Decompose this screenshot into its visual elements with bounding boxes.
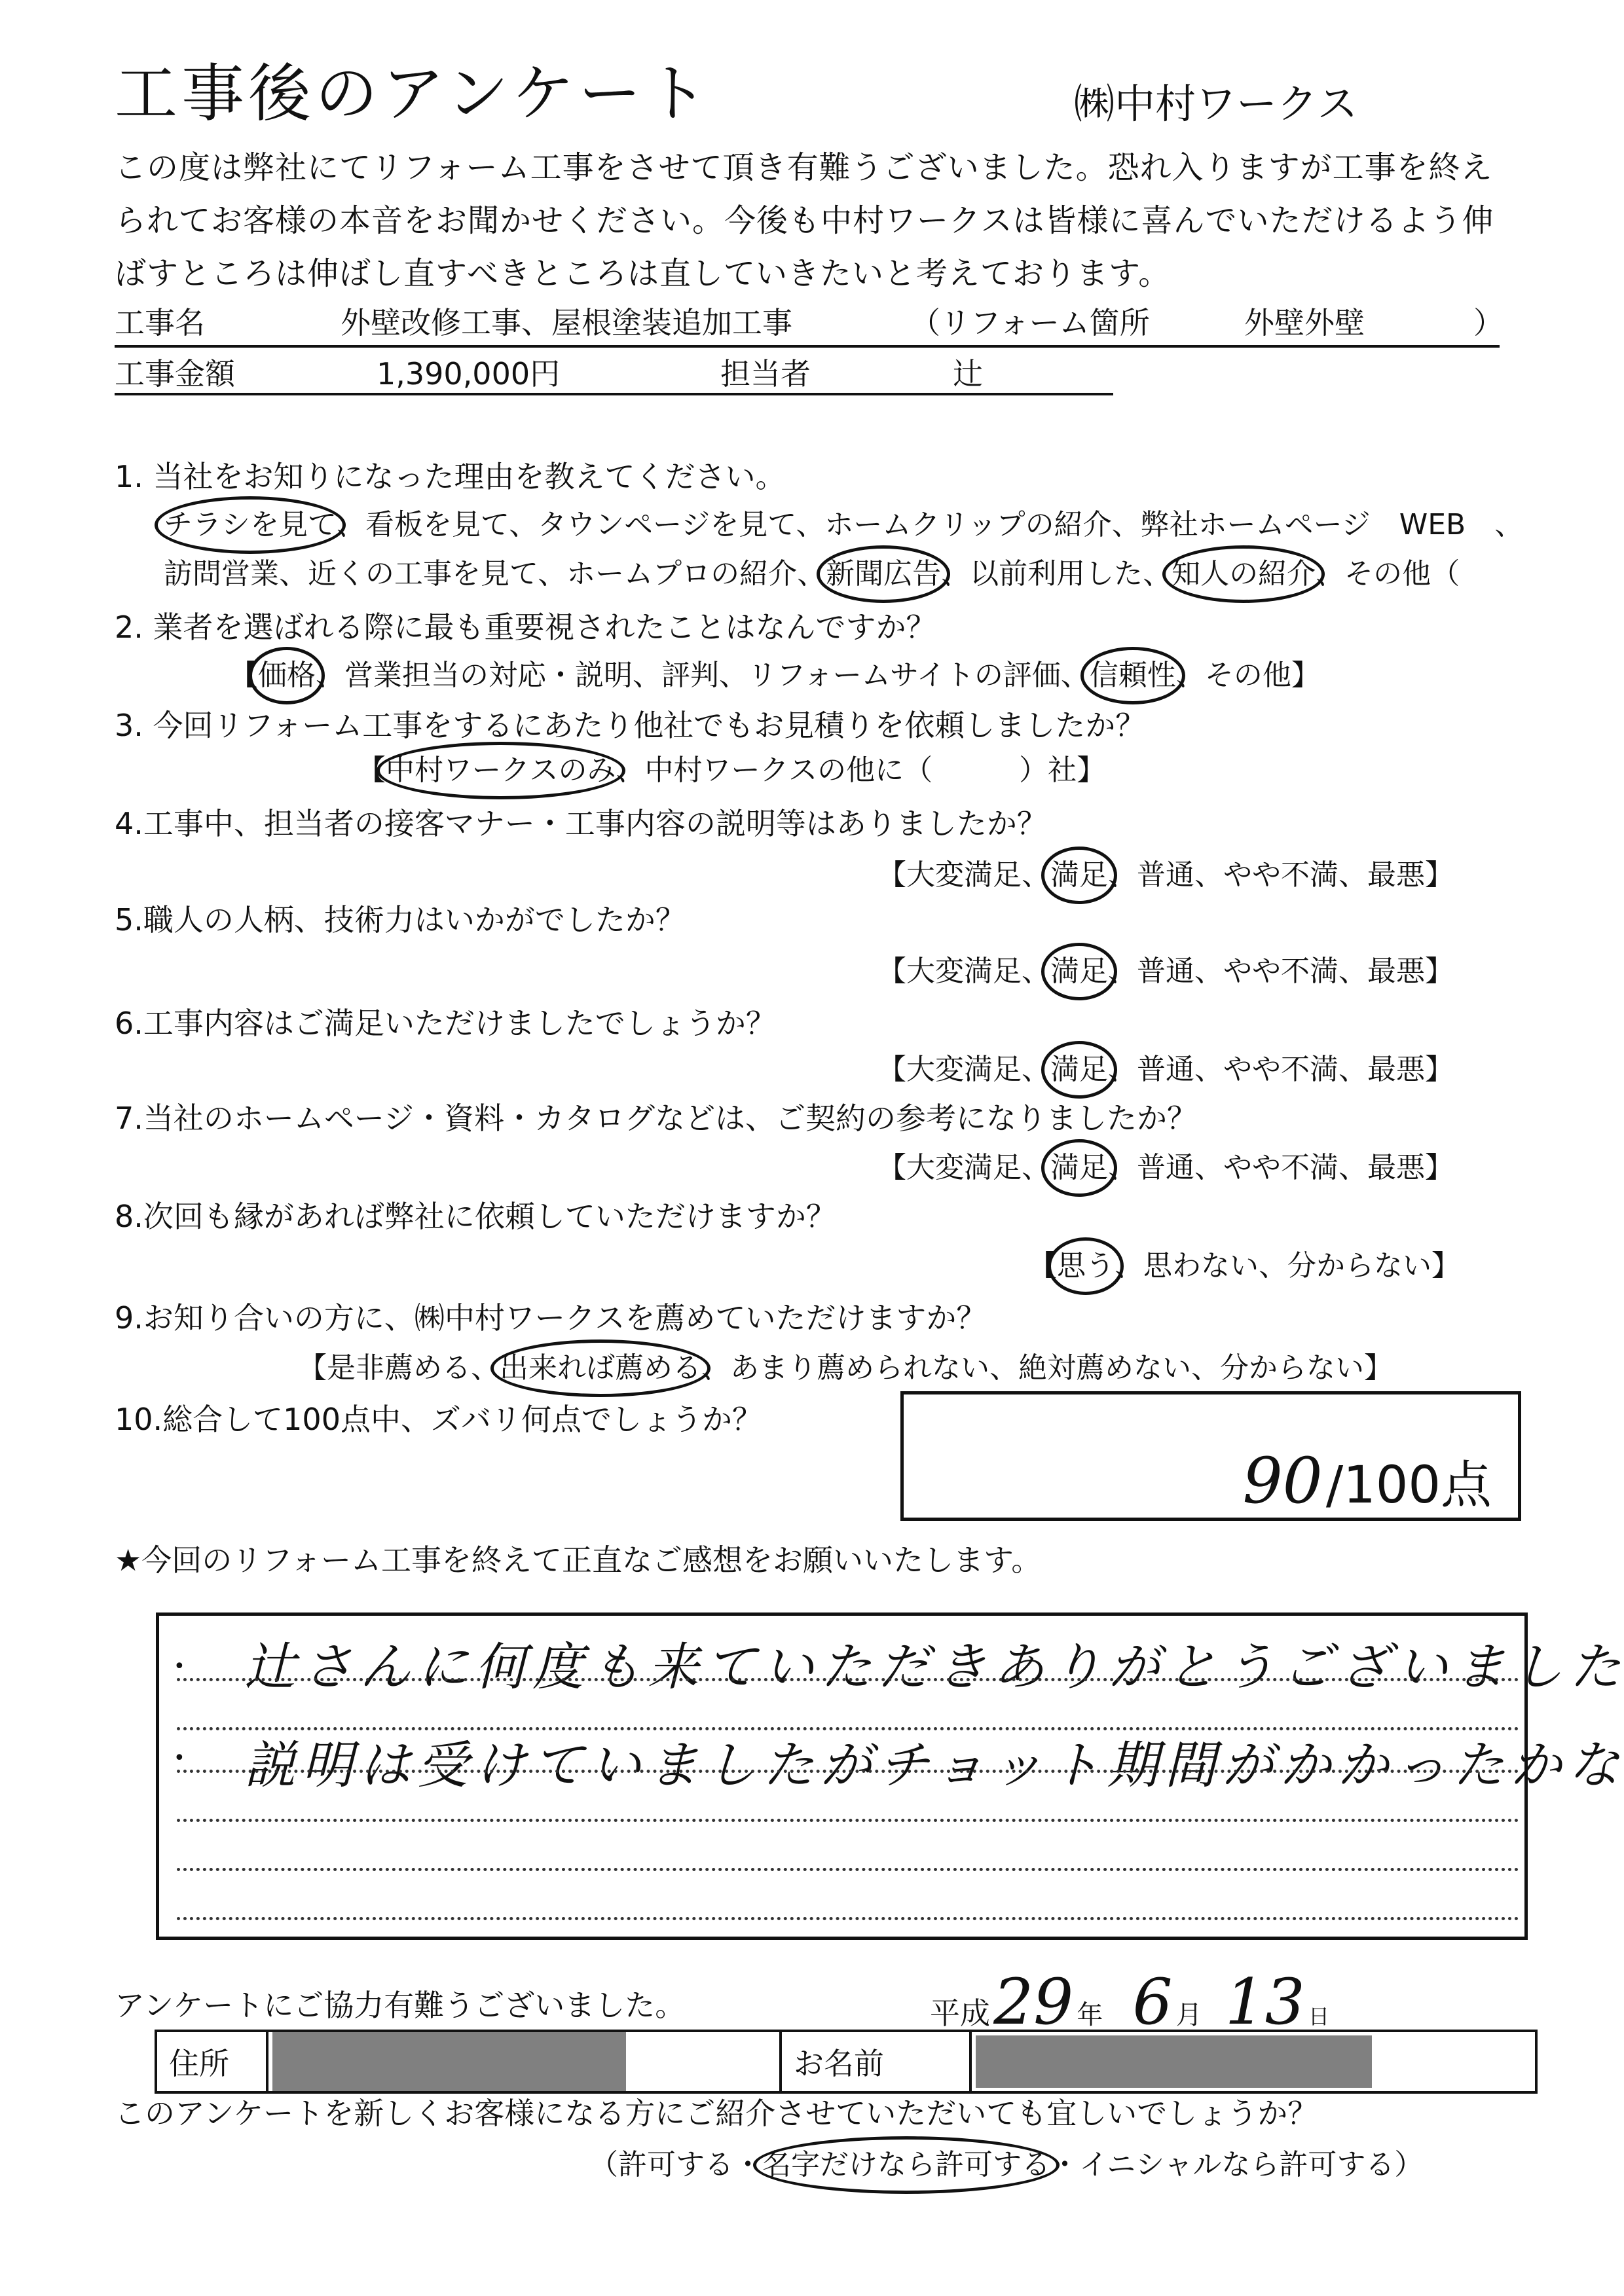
contact-table: 住所 お名前 bbox=[155, 2030, 1538, 2094]
option-selected-recommend-if-possible[interactable]: 出来れば薦める bbox=[500, 1354, 701, 1383]
question-text: お知り合いの方に、㈱中村ワークスを薦めていただけますか？ bbox=[143, 1300, 987, 1336]
option-text: 、普通、やや不満、最悪】 bbox=[1108, 955, 1454, 988]
option-selected-acquaintance[interactable]: 知人の紹介 bbox=[1172, 560, 1316, 589]
question-text: 当社をお知りになった理由を教えてください。 bbox=[153, 459, 786, 494]
ruled-line bbox=[177, 1917, 1519, 1920]
bullet-dot: • bbox=[174, 1747, 185, 1770]
option-initials-only: ・イニシャルなら許可する） bbox=[1050, 2148, 1423, 2181]
question-text: 次回も縁があれば弊社に依頼していただけますか？ bbox=[143, 1199, 836, 1234]
question-6-options: 【大変満足、満足、普通、やや不満、最悪】 bbox=[877, 1055, 1454, 1084]
thanks-text: アンケートにご協力有難うございました。 bbox=[115, 1990, 685, 2020]
option-text: 【大変満足、 bbox=[877, 858, 1050, 892]
question-number: 6. bbox=[115, 1006, 143, 1041]
name-field[interactable] bbox=[970, 2031, 1536, 2092]
option-text: 【大変満足、 bbox=[877, 1151, 1050, 1184]
option-selected-satisfied[interactable]: 満足 bbox=[1050, 1055, 1108, 1084]
score: 90 /100点 bbox=[1243, 1449, 1492, 1512]
option-selected-surname-only[interactable]: 名字だけなら許可する bbox=[762, 2151, 1050, 2179]
question-8: 8.次回も縁があれば弊社に依頼していただけますか？ bbox=[115, 1201, 836, 1231]
option-text: 、営業担当の対応・説明、評判、リフォームサイトの評価、 bbox=[316, 659, 1090, 692]
comment-line-1[interactable]: 辻さんに何度も来ていただきありがとうございました。 bbox=[244, 1642, 1624, 1693]
question-number: 2. bbox=[115, 610, 143, 645]
option-selected-reliability[interactable]: 信頼性 bbox=[1090, 661, 1176, 690]
option-selected-satisfied[interactable]: 満足 bbox=[1050, 861, 1108, 890]
project-name-underline bbox=[115, 345, 1500, 348]
question-text: 職人の人柄、技術力はいかがでしたか？ bbox=[143, 902, 686, 938]
question-number: 1. bbox=[115, 459, 143, 494]
question-7-options: 【大変満足、満足、普通、やや不満、最悪】 bbox=[877, 1154, 1454, 1182]
project-name-value: 外壁改修工事、屋根塗装追加工事 bbox=[341, 308, 792, 338]
question-3-options: 【中村ワークスのみ、中村ワークスの他に（ ）社】 bbox=[357, 756, 1105, 785]
question-1-options-line-1: チラシを見て、看板を見て、タウンページを見て、ホームクリップの紹介、弊社ホームペ… bbox=[164, 511, 1523, 539]
amount-value: 1,390,000円 bbox=[377, 359, 560, 389]
question-1: 1. 当社をお知りになった理由を教えてください。 bbox=[115, 462, 786, 492]
question-text: 今回リフォーム工事をするにあたり他社でもお見積りを依頼しましたか？ bbox=[153, 708, 1146, 743]
day-value[interactable]: 13 bbox=[1225, 1965, 1305, 2039]
redacted-address bbox=[272, 2032, 626, 2091]
intro-line-2: られてお客様の本音をお聞かせください。今後も中村ワークスは皆様に喜んでいただける… bbox=[115, 205, 1494, 236]
comments-box[interactable]: • 辻さんに何度も来ていただきありがとうございました。 • 説明は受けていました… bbox=[156, 1613, 1528, 1940]
question-1-options-line-2: 訪問営業、近くの工事を見て、ホームプロの紹介、新聞広告、以前利用した、知人の紹介… bbox=[164, 560, 1624, 589]
option-text: 、中村ワークスの他に（ ）社】 bbox=[616, 754, 1106, 787]
option-other: 、その他（ bbox=[1316, 557, 1460, 591]
option-allow: （許可する・ bbox=[589, 2148, 762, 2181]
question-4-options: 【大変満足、満足、普通、やや不満、最悪】 bbox=[877, 861, 1454, 890]
question-2-options: 【価格、営業担当の対応・説明、評判、リフォームサイトの評価、信頼性、その他】 bbox=[229, 661, 1320, 690]
option-text: 、その他】 bbox=[1176, 659, 1320, 692]
question-number: 9. bbox=[115, 1300, 143, 1336]
option-text: 、以前利用した、 bbox=[941, 557, 1172, 591]
amount-label: 工事金額 bbox=[115, 359, 235, 389]
year-unit: 年 bbox=[1077, 2000, 1103, 2030]
option-selected-flyer[interactable]: チラシを見て bbox=[164, 511, 337, 539]
permission-question: このアンケートを新しくお客様になる方にご紹介させていただいても宜しいでしょうか？ bbox=[115, 2098, 1318, 2128]
question-number: 10. bbox=[115, 1402, 162, 1437]
question-9: 9.お知り合いの方に、㈱中村ワークスを薦めていただけますか？ bbox=[115, 1303, 986, 1333]
month-value[interactable]: 6 bbox=[1132, 1965, 1172, 2039]
question-text: 当社のホームページ・資料・カタログなどは、ご契約の参考になりましたか？ bbox=[143, 1101, 1197, 1136]
page-title: 工事後のアンケート bbox=[115, 62, 712, 125]
option-selected-yes[interactable]: 思う bbox=[1057, 1252, 1115, 1281]
option-text: 、あまり薦められない、絶対薦めない、分からない】 bbox=[701, 1351, 1393, 1385]
score-handwritten[interactable]: 90 bbox=[1243, 1444, 1323, 1518]
score-box[interactable]: 90 /100点 bbox=[900, 1391, 1521, 1521]
option-selected-satisfied[interactable]: 満足 bbox=[1050, 1154, 1108, 1182]
option-text: 【大変満足、 bbox=[877, 955, 1050, 988]
location-value: 外壁外壁 bbox=[1244, 308, 1365, 338]
option-text: 、普通、やや不満、最悪】 bbox=[1108, 1151, 1454, 1184]
score-suffix: /100点 bbox=[1326, 1456, 1492, 1515]
comments-prompt: ★今回のリフォーム工事を終えて正直なご感想をお願いいたします。 bbox=[115, 1545, 1041, 1575]
redacted-name bbox=[976, 2035, 1372, 2088]
question-10: 10.総合して100点中、ズバリ何点でしょうか？ bbox=[115, 1404, 762, 1434]
intro-line-1: この度は弊社にてリフォーム工事をさせて頂き有難うございました。恐れ入りますが工事… bbox=[115, 152, 1493, 183]
option-selected-nakamura-only[interactable]: 中村ワークスのみ bbox=[386, 756, 616, 785]
name-label: お名前 bbox=[781, 2031, 970, 2092]
question-text: 工事内容はご満足いただけましたでしょうか？ bbox=[143, 1006, 776, 1041]
question-number: 8. bbox=[115, 1199, 143, 1234]
option-text: 、思わない、分からない】 bbox=[1115, 1249, 1460, 1283]
comment-line-2[interactable]: 説明は受けていましたがチョット期間がかかったかな？ bbox=[244, 1740, 1624, 1791]
intro-line-3: ばすところは伸ばし直すべきところは直していきたいと考えております。 bbox=[115, 258, 1170, 289]
location-close: ） bbox=[1473, 308, 1504, 338]
month-unit: 月 bbox=[1176, 2000, 1202, 2030]
question-5: 5.職人の人柄、技術力はいかがでしたか？ bbox=[115, 905, 686, 935]
question-text: 総合して100点中、ズバリ何点でしょうか？ bbox=[162, 1402, 762, 1437]
option-text: 、看板を見て、タウンページを見て、ホームクリップの紹介、弊社ホームページ WEB… bbox=[337, 508, 1523, 541]
option-selected-newspaper-ad[interactable]: 新聞広告 bbox=[826, 560, 941, 589]
company-name: ㈱中村ワークス bbox=[1074, 84, 1357, 124]
ruled-line bbox=[177, 1727, 1519, 1730]
address-label: 住所 bbox=[156, 2031, 267, 2092]
ruled-line bbox=[177, 1678, 1519, 1681]
location-label: （リフォーム箇所 bbox=[910, 308, 1150, 338]
date: 平成 29 年 6 月 13 日 bbox=[930, 1971, 1329, 2033]
option-text: 【是非薦める、 bbox=[298, 1351, 500, 1385]
option-text: 【大変満足、 bbox=[877, 1053, 1050, 1086]
amount-underline bbox=[115, 393, 1113, 395]
ruled-line bbox=[177, 1868, 1519, 1871]
question-7: 7.当社のホームページ・資料・カタログなどは、ご契約の参考になりましたか？ bbox=[115, 1103, 1197, 1133]
question-3: 3. 今回リフォーム工事をするにあたり他社でもお見積りを依頼しましたか？ bbox=[115, 710, 1145, 740]
question-text: 工事中、担当者の接客マナー・工事内容の説明等はありましたか？ bbox=[143, 806, 1047, 841]
staff-value: 辻 bbox=[953, 359, 983, 389]
question-4: 4.工事中、担当者の接客マナー・工事内容の説明等はありましたか？ bbox=[115, 809, 1047, 839]
question-number: 3. bbox=[115, 708, 143, 743]
option-selected-price[interactable]: 価格 bbox=[258, 661, 316, 690]
bullet-dot: • bbox=[174, 1655, 185, 1678]
staff-label: 担当者 bbox=[720, 359, 811, 389]
question-8-options: 【思う、思わない、分からない】 bbox=[1028, 1252, 1460, 1281]
option-text: 、普通、やや不満、最悪】 bbox=[1108, 1053, 1454, 1086]
ruled-line bbox=[177, 1819, 1519, 1822]
year-value[interactable]: 29 bbox=[993, 1965, 1073, 2039]
option-text: 、普通、やや不満、最悪】 bbox=[1108, 858, 1454, 892]
day-unit: 日 bbox=[1308, 2004, 1329, 2029]
question-9-options: 【是非薦める、出来れば薦める、あまり薦められない、絶対薦めない、分からない】 bbox=[298, 1354, 1393, 1383]
question-6: 6.工事内容はご満足いただけましたでしょうか？ bbox=[115, 1008, 776, 1038]
question-number: 4. bbox=[115, 806, 143, 841]
question-number: 5. bbox=[115, 902, 143, 938]
option-selected-satisfied[interactable]: 満足 bbox=[1050, 957, 1108, 986]
ruled-line bbox=[177, 1770, 1519, 1773]
question-5-options: 【大変満足、満足、普通、やや不満、最悪】 bbox=[877, 957, 1454, 986]
address-field[interactable] bbox=[267, 2031, 781, 2092]
option-text: 訪問営業、近くの工事を見て、ホームプロの紹介、 bbox=[164, 557, 826, 591]
question-text: 業者を選ばれる際に最も重要視されたことはなんですか？ bbox=[153, 610, 936, 645]
question-2: 2. 業者を選ばれる際に最も重要視されたことはなんですか？ bbox=[115, 612, 936, 642]
project-name-label: 工事名 bbox=[115, 308, 205, 338]
era-label: 平成 bbox=[930, 1995, 990, 2031]
question-number: 7. bbox=[115, 1101, 143, 1136]
permission-options: （許可する・名字だけなら許可する・イニシャルなら許可する） bbox=[589, 2151, 1423, 2179]
